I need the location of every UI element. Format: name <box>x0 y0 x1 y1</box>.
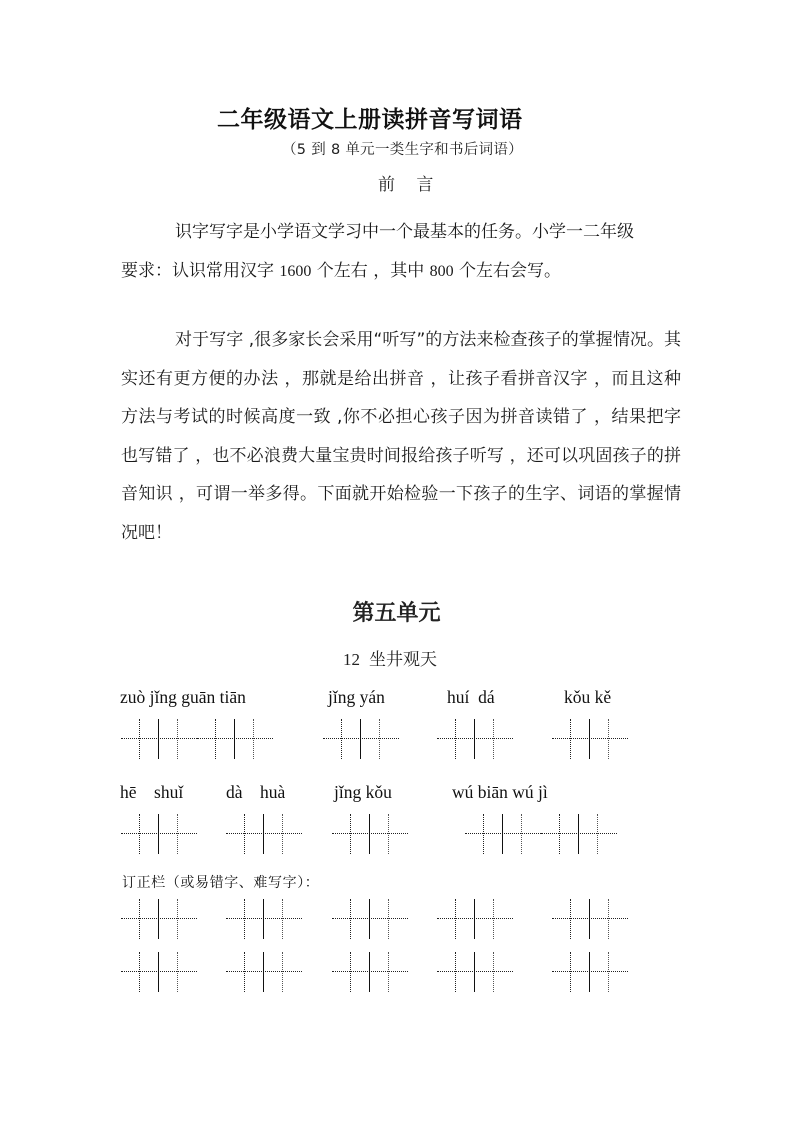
number-1600: 1600 <box>279 263 311 280</box>
correction-box[interactable] <box>226 952 302 992</box>
lesson-name: 坐井观天 <box>369 650 437 670</box>
correction-box[interactable] <box>121 899 197 939</box>
writing-box[interactable] <box>541 814 617 854</box>
document-subtitle: （5 到 8 单元一类生字和书后词语） <box>282 138 523 159</box>
pinyin-prompt: jǐng kǒu <box>334 782 392 803</box>
correction-box[interactable] <box>552 952 628 992</box>
writing-box[interactable] <box>121 814 197 854</box>
correction-box[interactable] <box>121 952 197 992</box>
lesson-number: 12 <box>343 650 360 669</box>
number-800: 800 <box>430 263 454 280</box>
writing-box[interactable] <box>197 719 273 759</box>
preface-paragraph-1: 识字写字是小学语文学习中一个最基本的任务。小学一二年级 要求：认识常用汉字 16… <box>121 213 681 291</box>
pinyin-prompt: zuò jǐng guān tiān <box>120 687 246 708</box>
writing-box[interactable] <box>552 719 628 759</box>
preface-text: 个左右 ，其中 <box>311 261 429 281</box>
writing-box[interactable] <box>226 814 302 854</box>
correction-box[interactable] <box>226 899 302 939</box>
pinyin-prompt: dà huà <box>226 782 285 803</box>
pinyin-prompt: wú biān wú jì <box>452 782 548 803</box>
preface-text: 个左右会写。 <box>454 261 561 281</box>
preface-text: 要求：认识常用汉字 <box>121 261 279 281</box>
lesson-title: 12坐井观天 <box>343 645 437 670</box>
correction-box[interactable] <box>437 899 513 939</box>
unit-heading: 第五单元 <box>0 596 793 627</box>
writing-box[interactable] <box>323 719 399 759</box>
writing-box[interactable] <box>121 719 197 759</box>
writing-box[interactable] <box>437 719 513 759</box>
correction-box[interactable] <box>552 899 628 939</box>
correction-box[interactable] <box>332 899 408 939</box>
preface-paragraph-2: 对于写字 ,很多家长会采用“听写”的方法来检查孩子的掌握情况。其实还有更方便的办… <box>121 321 681 552</box>
document-title: 二年级语文上册读拼音写词语 <box>0 101 793 134</box>
writing-box[interactable] <box>465 814 541 854</box>
pinyin-prompt: hē shuǐ <box>120 782 183 803</box>
correction-label: 订正栏（或易错字、难写字）： <box>122 872 319 892</box>
preface-heading: 前 言 <box>378 170 441 195</box>
correction-box[interactable] <box>437 952 513 992</box>
correction-box[interactable] <box>332 952 408 992</box>
preface-text: 识字写字是小学语文学习中一个最基本的任务。小学一二年级 <box>175 222 634 242</box>
pinyin-prompt: kǒu kě <box>564 687 611 708</box>
preface-text: 对于写字 ,很多家长会采用“听写”的方法来检查孩子的掌握情况。其实还有更方便的办… <box>121 330 681 543</box>
pinyin-prompt: jǐng yán <box>328 687 385 708</box>
writing-box[interactable] <box>332 814 408 854</box>
pinyin-prompt: huí dá <box>447 687 495 708</box>
